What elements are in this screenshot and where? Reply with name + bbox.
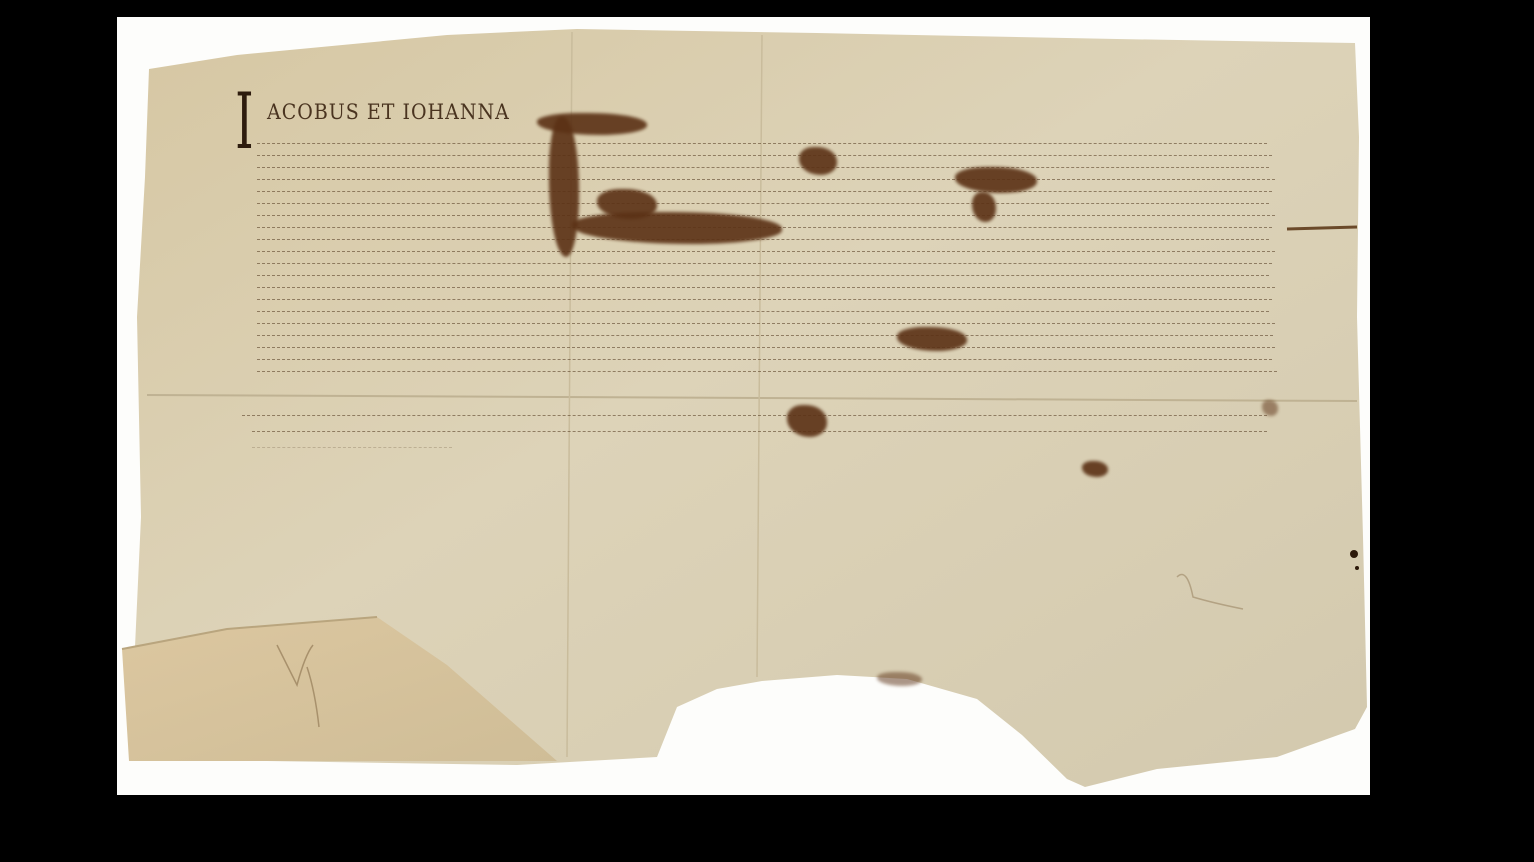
ink-stain xyxy=(1082,461,1108,477)
ink-stain xyxy=(1262,400,1278,416)
parchment-sheet xyxy=(117,17,1370,795)
manuscript-photo: I ACOBUS ET IOHANNA xyxy=(117,17,1370,795)
decorated-initial: I xyxy=(235,83,253,161)
charter-subscription-text xyxy=(242,409,1272,459)
document-heading: ACOBUS ET IOHANNA xyxy=(267,99,510,124)
charter-body-text xyxy=(257,137,1277,387)
ink-stain xyxy=(972,192,996,222)
